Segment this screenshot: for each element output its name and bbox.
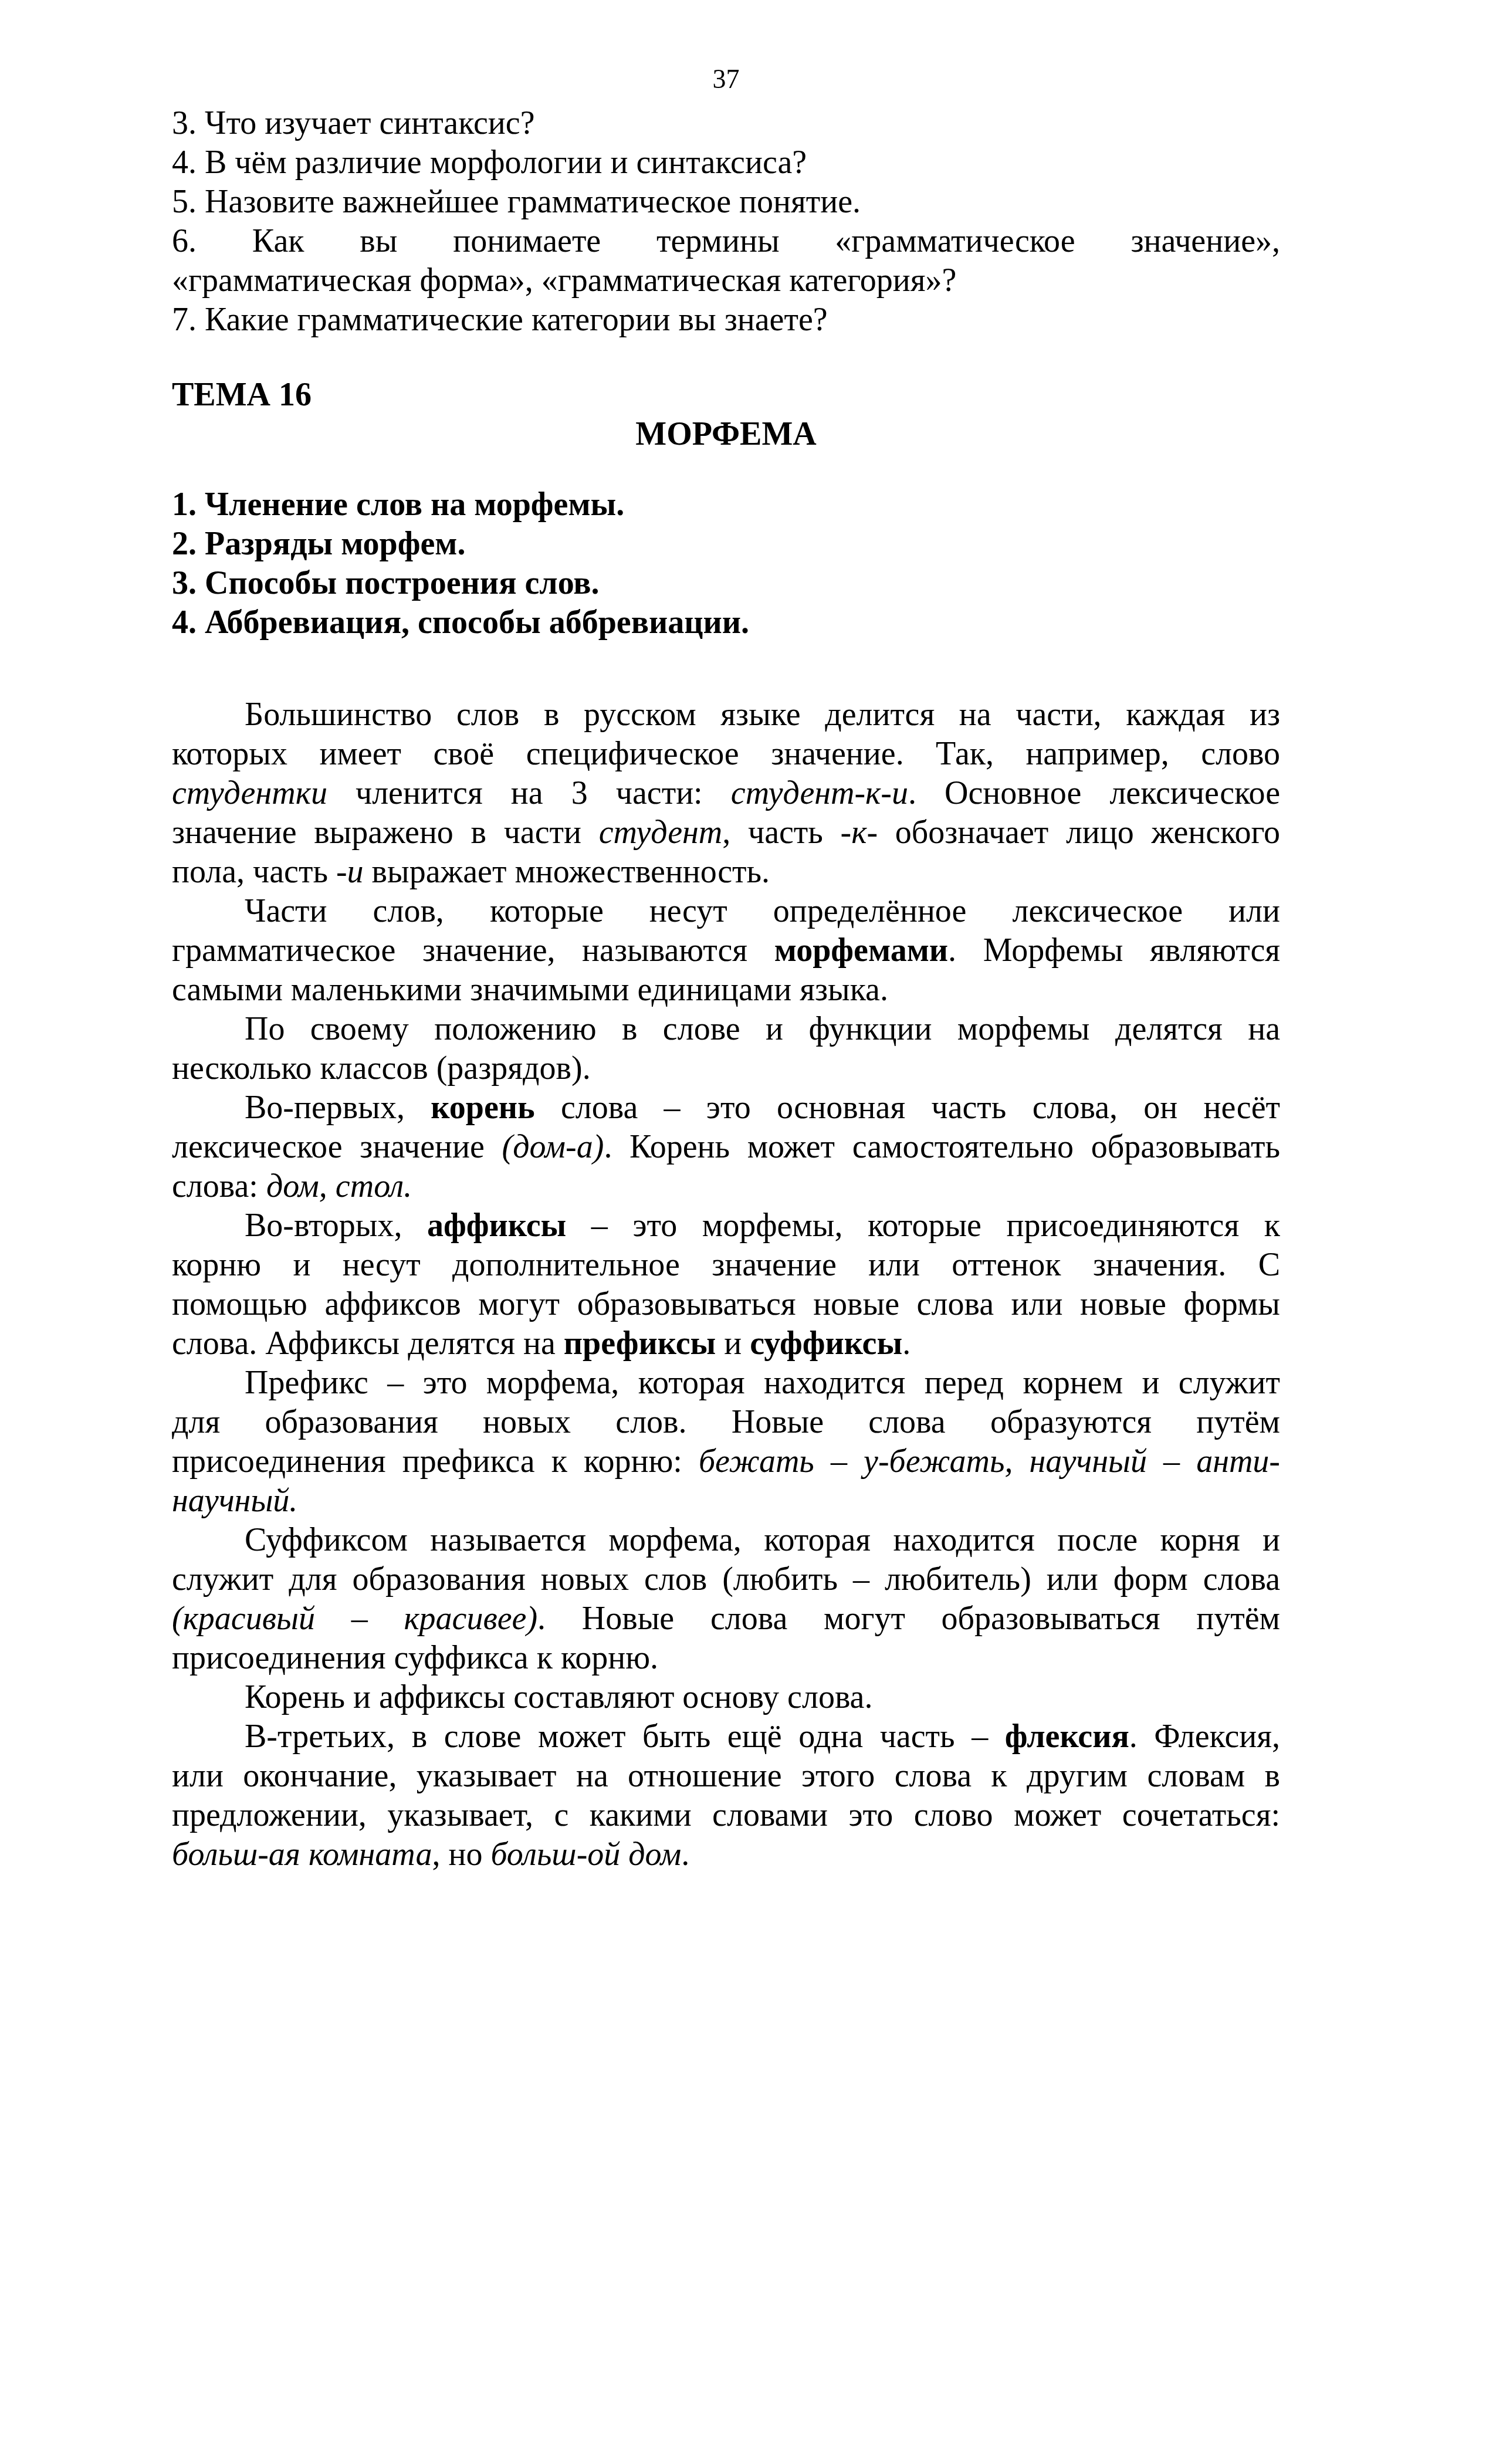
text-line: которых имеет своё специфическое значени… — [172, 735, 1280, 774]
text-segment: флексия — [1005, 1718, 1129, 1755]
text-segment: (дом-а) — [502, 1129, 604, 1165]
text-line: 4. Аббревиация, способы аббревиации. — [172, 603, 1280, 642]
text-segment: присоединения суффикса к корню. — [172, 1640, 658, 1676]
text-line: 3. Способы построения слов. — [172, 564, 1280, 603]
text-segment: В-третьих, в слове может быть ещё одна ч… — [245, 1718, 1005, 1755]
text-segment: , но — [432, 1836, 490, 1873]
text-segment: студентки — [172, 775, 327, 811]
text-segment: несколько классов (разрядов). — [172, 1050, 591, 1087]
text-segment: ТЕМА 16 — [172, 377, 312, 413]
document-body: 3. Что изучает синтаксис?4. В чём различ… — [172, 104, 1280, 1874]
text-segment: Во-вторых, — [245, 1207, 427, 1244]
text-segment: 4. В чём различие морфологии и синтаксис… — [172, 144, 807, 181]
text-segment: для образования новых слов. Новые слова … — [172, 1404, 1280, 1440]
text-segment: 5. Назовите важнейшее грамматическое пон… — [172, 184, 861, 220]
text-line: Большинство слов в русском языке делится… — [172, 695, 1280, 735]
text-segment: значение выражено в части — [172, 814, 599, 851]
text-segment: . Корень может самостоятельно образовыва… — [604, 1129, 1280, 1165]
text-segment: студент-к-и — [731, 775, 908, 811]
text-line: 1. Членение слов на морфемы. — [172, 485, 1280, 524]
plan-list: 1. Членение слов на морфемы.2. Разряды м… — [172, 485, 1280, 642]
text-line: 7. Какие грамматические категории вы зна… — [172, 300, 1280, 340]
paragraph-7: Суффиксом называется морфема, которая на… — [172, 1521, 1280, 1678]
text-segment: пола, часть — [172, 854, 336, 890]
text-segment: присоединения префикса к корню: — [172, 1443, 699, 1480]
text-line: Суффиксом называется морфема, которая на… — [172, 1521, 1280, 1560]
text-segment: , часть — [722, 814, 840, 851]
text-line: присоединения суффикса к корню. — [172, 1639, 1280, 1678]
text-segment: . Основное лексическое — [908, 775, 1280, 811]
text-line: пола, часть -и выражает множественность. — [172, 852, 1280, 892]
text-segment: или окончание, указывает на отношение эт… — [172, 1758, 1280, 1794]
text-line: студентки членится на 3 части: студент-к… — [172, 774, 1280, 813]
question-list: 3. Что изучает синтаксис?4. В чём различ… — [172, 104, 1280, 340]
text-segment: самыми маленькими значимыми единицами яз… — [172, 972, 888, 1008]
text-segment: . Новые слова могут образовываться путём — [537, 1600, 1280, 1637]
text-segment: слова: — [172, 1168, 266, 1204]
text-segment: аффиксы — [427, 1207, 566, 1244]
text-segment: слова – это основная часть слова, он нес… — [535, 1089, 1280, 1126]
text-segment: Корень и аффиксы составляют основу слова… — [245, 1679, 872, 1715]
text-line: 2. Разряды морфем. — [172, 524, 1280, 564]
text-segment: выражает множественность. — [364, 854, 770, 890]
text-segment: 3. Способы построения слов. — [172, 565, 600, 601]
page-number: 37 — [172, 66, 1280, 93]
tema-heading: ТЕМА 16 — [172, 375, 1280, 415]
text-segment: Префикс – это морфема, которая находится… — [245, 1365, 1280, 1401]
text-segment: больш-ая комната — [172, 1836, 432, 1873]
text-segment: которых имеет своё специфическое значени… — [172, 736, 1280, 772]
text-segment: морфемами — [774, 932, 948, 969]
text-segment: обозначает лицо женского — [878, 814, 1280, 851]
text-line: присоединения префикса к корню: бежать –… — [172, 1442, 1280, 1481]
text-segment: больш-ой дом — [490, 1836, 681, 1873]
text-segment: предложении, указывает, с какими словами… — [172, 1797, 1280, 1833]
text-line: больш-ая комната, но больш-ой дом. — [172, 1835, 1280, 1874]
text-segment: студент — [599, 814, 723, 851]
paragraph-3: По своему положению в слове и функции мо… — [172, 1010, 1280, 1088]
text-segment: и — [716, 1325, 750, 1362]
text-segment: служит для образования новых слов (любит… — [172, 1561, 1280, 1597]
text-segment: слова. Аффиксы делятся на — [172, 1325, 564, 1362]
text-line: корню и несут дополнительное значение ил… — [172, 1245, 1280, 1285]
text-line: несколько классов (разрядов). — [172, 1049, 1280, 1088]
morfema-title: МОРФЕМА — [172, 415, 1280, 454]
text-segment: корню и несут дополнительное значение ил… — [172, 1247, 1280, 1283]
text-line: или окончание, указывает на отношение эт… — [172, 1756, 1280, 1796]
text-line: 3. Что изучает синтаксис? — [172, 104, 1280, 143]
text-line: помощью аффиксов могут образовываться но… — [172, 1285, 1280, 1324]
text-line: самыми маленькими значимыми единицами яз… — [172, 970, 1280, 1010]
text-segment: дом, стол. — [266, 1168, 412, 1204]
text-segment: членится на 3 части: — [327, 775, 731, 811]
text-line: 5. Назовите важнейшее грамматическое пон… — [172, 182, 1280, 222]
text-segment: научный. — [172, 1483, 297, 1519]
text-segment: . — [681, 1836, 689, 1873]
text-segment: По своему положению в слове и функции мо… — [245, 1011, 1280, 1047]
text-segment: 4. Аббревиация, способы аббревиации. — [172, 604, 749, 641]
text-line: Во-вторых, аффиксы – это морфемы, которы… — [172, 1206, 1280, 1245]
text-line: слова: дом, стол. — [172, 1167, 1280, 1206]
paragraph-2: Части слов, которые несут определённое л… — [172, 892, 1280, 1010]
text-line: слова. Аффиксы делятся на префиксы и суф… — [172, 1324, 1280, 1363]
text-line: (красивый – красивее). Новые слова могут… — [172, 1599, 1280, 1639]
text-segment: 3. Что изучает синтаксис? — [172, 105, 535, 141]
paragraph-5: Во-вторых, аффиксы – это морфемы, которы… — [172, 1206, 1280, 1363]
text-segment: . Морфемы являются — [948, 932, 1280, 969]
text-segment: «грамматическая форма», «грамматическая … — [172, 262, 956, 299]
text-segment: корень — [431, 1089, 534, 1126]
text-segment: Большинство слов в русском языке делится… — [245, 696, 1280, 733]
paragraph-4: Во-первых, корень слова – это основная ч… — [172, 1088, 1280, 1206]
text-line: служит для образования новых слов (любит… — [172, 1560, 1280, 1599]
text-segment: 6. Как вы понимаете термины «грамматичес… — [172, 223, 1280, 259]
text-line: По своему положению в слове и функции мо… — [172, 1010, 1280, 1049]
paragraph-6: Префикс – это морфема, которая находится… — [172, 1363, 1280, 1521]
text-line: ТЕМА 16 — [172, 375, 1280, 415]
text-segment: лексическое значение — [172, 1129, 502, 1165]
text-segment: -к- — [841, 814, 878, 851]
text-segment: Суффиксом называется морфема, которая на… — [245, 1522, 1280, 1558]
text-line: предложении, указывает, с какими словами… — [172, 1796, 1280, 1835]
text-line: грамматическое значение, называются морф… — [172, 931, 1280, 970]
text-segment: 2. Разряды морфем. — [172, 526, 466, 562]
text-line: научный. — [172, 1481, 1280, 1521]
text-segment: помощью аффиксов могут образовываться но… — [172, 1286, 1280, 1322]
text-line: 4. В чём различие морфологии и синтаксис… — [172, 143, 1280, 182]
text-line: Во-первых, корень слова – это основная ч… — [172, 1088, 1280, 1128]
paragraph-1: Большинство слов в русском языке делится… — [172, 695, 1280, 892]
text-line: лексическое значение (дом-а). Корень мож… — [172, 1128, 1280, 1167]
text-line: 6. Как вы понимаете термины «грамматичес… — [172, 222, 1280, 261]
paragraph-9: В-третьих, в слове может быть ещё одна ч… — [172, 1717, 1280, 1874]
text-segment: грамматическое значение, называются — [172, 932, 774, 969]
text-line: Корень и аффиксы составляют основу слова… — [172, 1678, 1280, 1717]
text-segment: префиксы — [564, 1325, 716, 1362]
text-line: МОРФЕМА — [172, 415, 1280, 454]
text-segment: 7. Какие грамматические категории вы зна… — [172, 302, 828, 338]
text-segment: Во-первых, — [245, 1089, 431, 1126]
text-segment: 1. Членение слов на морфемы. — [172, 486, 624, 523]
text-segment: . Флексия, — [1129, 1718, 1280, 1755]
text-segment: бежать – у-бежать, научный – анти- — [699, 1443, 1280, 1480]
text-segment: Части слов, которые несут определённое л… — [245, 893, 1280, 929]
text-segment: МОРФЕМА — [635, 416, 816, 452]
text-line: значение выражено в части студент, часть… — [172, 813, 1280, 852]
paragraph-8: Корень и аффиксы составляют основу слова… — [172, 1678, 1280, 1717]
text-segment: (красивый – красивее) — [172, 1600, 537, 1637]
text-segment: – это морфемы, которые присоединяются к — [566, 1207, 1280, 1244]
text-segment: -и — [336, 854, 364, 890]
text-segment: . — [902, 1325, 911, 1362]
text-line: Части слов, которые несут определённое л… — [172, 892, 1280, 931]
text-segment: суффиксы — [750, 1325, 902, 1362]
text-line: Префикс – это морфема, которая находится… — [172, 1363, 1280, 1403]
text-line: «грамматическая форма», «грамматическая … — [172, 261, 1280, 300]
text-line: для образования новых слов. Новые слова … — [172, 1403, 1280, 1442]
text-line: В-третьих, в слове может быть ещё одна ч… — [172, 1717, 1280, 1756]
